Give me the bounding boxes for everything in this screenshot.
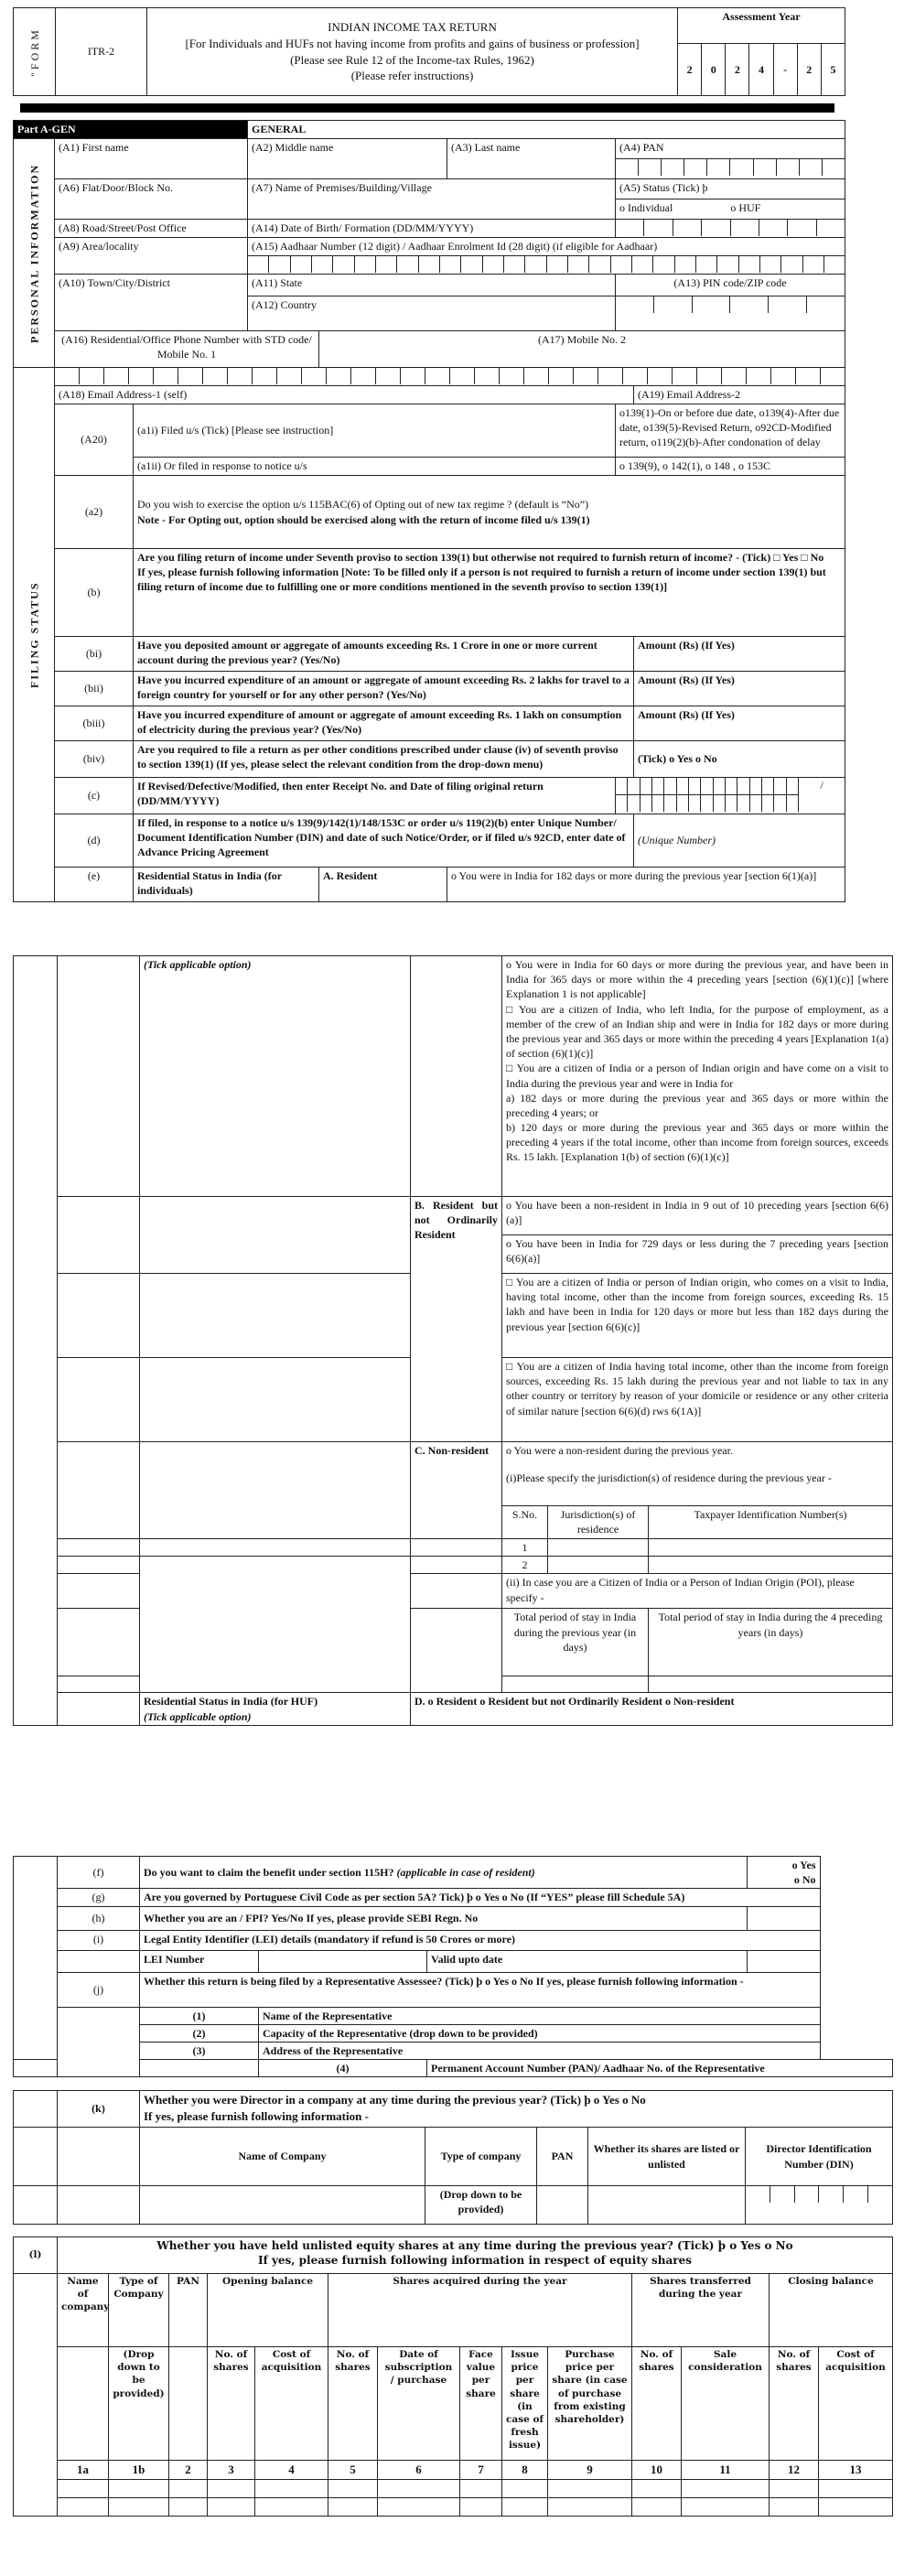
char-box[interactable] bbox=[55, 368, 80, 384]
e-label: (e) bbox=[55, 868, 134, 902]
char-box[interactable] bbox=[803, 256, 824, 273]
rnor-option-2[interactable]: o You have been in India for 729 days or… bbox=[502, 1235, 893, 1274]
biii-label: (biii) bbox=[55, 706, 134, 741]
f-no-radio[interactable]: o No bbox=[751, 1872, 815, 1887]
rep-item-1-no: (1) bbox=[140, 2007, 259, 2024]
state-label: (A11) State bbox=[252, 276, 302, 289]
char-box[interactable] bbox=[327, 368, 351, 384]
char-box[interactable] bbox=[774, 778, 786, 794]
char-box[interactable] bbox=[771, 368, 796, 384]
char-box[interactable] bbox=[737, 795, 749, 812]
char-box[interactable] bbox=[653, 256, 674, 273]
rep-item-4[interactable]: Permanent Account Number (PAN)/ Aadhaar … bbox=[427, 2060, 893, 2077]
bi-question: Have you deposited amount or aggregate o… bbox=[134, 637, 634, 672]
din-input[interactable] bbox=[746, 2186, 893, 2225]
char-box[interactable] bbox=[500, 368, 524, 384]
flat-door-field[interactable]: (A6) Flat/Door/Block No. bbox=[55, 179, 248, 220]
company-type-dropdown[interactable]: (Drop down to be provided) bbox=[425, 2186, 537, 2225]
l-input-cell[interactable] bbox=[502, 2479, 548, 2497]
char-box[interactable] bbox=[203, 368, 228, 384]
char-box[interactable] bbox=[652, 778, 664, 794]
notice-options[interactable]: o 139(9), o 142(1), o 148 , o 153C bbox=[616, 458, 845, 476]
l-input-cell[interactable] bbox=[819, 2497, 893, 2516]
premises-field[interactable]: (A7) Name of Premises/Building/Village bbox=[248, 179, 616, 220]
char-box[interactable] bbox=[291, 256, 312, 273]
middle-name-field[interactable]: (A2) Middle name bbox=[248, 139, 447, 179]
rnor-option-3[interactable]: □ You are a citizen of India or person o… bbox=[502, 1274, 893, 1358]
char-box[interactable] bbox=[796, 368, 821, 384]
char-box[interactable] bbox=[483, 256, 504, 273]
char-box[interactable] bbox=[253, 368, 277, 384]
char-box[interactable] bbox=[639, 159, 662, 176]
form-title: INDIAN INCOME TAX RETURN [For Individual… bbox=[147, 8, 678, 96]
char-box[interactable] bbox=[475, 368, 500, 384]
phone-boxes[interactable] bbox=[55, 368, 845, 386]
char-box[interactable] bbox=[397, 256, 418, 273]
char-box[interactable] bbox=[504, 256, 525, 273]
j-label: (j) bbox=[58, 1972, 140, 2007]
char-box[interactable] bbox=[774, 795, 786, 812]
l-sub-header: No. of shares bbox=[208, 2347, 255, 2461]
char-box[interactable] bbox=[616, 296, 654, 313]
char-box[interactable] bbox=[574, 368, 598, 384]
char-box[interactable] bbox=[754, 159, 777, 176]
rep-item-3[interactable]: Address of the Representative bbox=[259, 2042, 821, 2059]
status-huf-radio[interactable]: o HUF bbox=[730, 201, 760, 214]
dob-input[interactable] bbox=[616, 220, 845, 238]
resident-option-2[interactable]: o You were in India for 60 days or more … bbox=[506, 957, 888, 1002]
char-box[interactable] bbox=[228, 368, 253, 384]
char-box[interactable] bbox=[787, 795, 798, 812]
char-box[interactable] bbox=[616, 778, 628, 794]
biii-amount[interactable]: Amount (Rs) (If Yes) bbox=[634, 706, 845, 741]
last-name-field[interactable]: (A3) Last name bbox=[447, 139, 616, 179]
char-box[interactable] bbox=[640, 795, 652, 812]
char-box[interactable] bbox=[644, 220, 673, 236]
l-input-cell[interactable] bbox=[819, 2479, 893, 2497]
poi-text: (ii) In case you are a Citizen of India … bbox=[502, 1574, 893, 1609]
rnor-option-4[interactable]: □ You are a citizen of India having tota… bbox=[502, 1358, 893, 1442]
char-box[interactable] bbox=[277, 368, 302, 384]
l-input-cell[interactable] bbox=[328, 2479, 378, 2497]
c-question: If Revised/Defective/Modified, then ente… bbox=[134, 778, 616, 814]
email-2-label: (A19) Email Address-2 bbox=[638, 388, 740, 401]
k-question[interactable]: Whether you were Director in a company a… bbox=[140, 2091, 893, 2128]
char-box[interactable] bbox=[598, 368, 623, 384]
l-input-cell[interactable] bbox=[169, 2479, 208, 2497]
pin-code-input[interactable] bbox=[616, 296, 845, 331]
char-box[interactable] bbox=[675, 256, 696, 273]
char-box[interactable] bbox=[817, 220, 845, 236]
bi-amount[interactable]: Amount (Rs) (If Yes) bbox=[634, 637, 845, 672]
receipt-number-input[interactable]: / bbox=[616, 778, 845, 814]
char-box[interactable] bbox=[129, 368, 154, 384]
nr-row-2-jurisdiction[interactable] bbox=[548, 1557, 649, 1574]
resident-option-4[interactable]: □ You are a citizen of India or a person… bbox=[506, 1061, 888, 1090]
l-input-cell[interactable] bbox=[770, 2497, 819, 2516]
char-box[interactable] bbox=[589, 256, 610, 273]
char-box[interactable] bbox=[401, 368, 425, 384]
f-yes-radio[interactable]: o Yes bbox=[751, 1858, 815, 1872]
l-column-number: 7 bbox=[460, 2461, 502, 2480]
l-sub-header: (Drop down to be provided) bbox=[109, 2347, 169, 2461]
char-box[interactable] bbox=[623, 368, 648, 384]
char-box[interactable] bbox=[689, 778, 701, 794]
l-input-cell[interactable] bbox=[169, 2497, 208, 2516]
resident-options[interactable]: o You were in India for 60 days or more … bbox=[502, 956, 893, 1197]
pin-code-label: (A13) PIN code/ZIP code bbox=[616, 275, 845, 296]
l-input-cell[interactable] bbox=[208, 2479, 255, 2497]
l-column-number: 4 bbox=[255, 2461, 328, 2480]
l-sub-header: Cost of acquisition bbox=[819, 2347, 893, 2461]
char-box[interactable] bbox=[440, 256, 461, 273]
l-question[interactable]: Whether you have held unlisted equity sh… bbox=[58, 2237, 893, 2274]
char-box[interactable] bbox=[628, 795, 640, 812]
aadhaar-input[interactable] bbox=[248, 256, 845, 275]
l-input-cell[interactable] bbox=[58, 2479, 109, 2497]
char-box[interactable] bbox=[684, 159, 707, 176]
unique-number-input[interactable]: (Unique Number) bbox=[634, 814, 845, 868]
char-box[interactable] bbox=[248, 256, 269, 273]
form-code: ITR-2 bbox=[56, 8, 147, 96]
mobile-2-field[interactable]: (A17) Mobile No. 2 bbox=[319, 331, 845, 368]
biv-options[interactable]: (Tick) o Yes o No bbox=[634, 741, 845, 778]
char-box[interactable] bbox=[355, 256, 376, 273]
l-input-cell[interactable] bbox=[548, 2479, 632, 2497]
l-input-cell[interactable] bbox=[255, 2497, 328, 2516]
char-box[interactable] bbox=[759, 220, 788, 236]
l-input-cell[interactable] bbox=[109, 2479, 169, 2497]
l-col-company-name: Name of company bbox=[58, 2274, 109, 2347]
d-label: (d) bbox=[55, 814, 134, 868]
char-box[interactable] bbox=[376, 368, 401, 384]
char-box[interactable] bbox=[549, 368, 574, 384]
pan-input[interactable] bbox=[616, 159, 845, 179]
country-field[interactable]: (A12) Country bbox=[248, 296, 616, 331]
char-box[interactable] bbox=[568, 256, 589, 273]
l-sub-header: No. of shares bbox=[770, 2347, 819, 2461]
phone-field[interactable]: (A16) Residential/Office Phone Number wi… bbox=[55, 331, 319, 368]
road-street-field[interactable]: (A8) Road/Street/Post Office bbox=[55, 220, 248, 238]
char-box[interactable] bbox=[697, 368, 722, 384]
email-2-field[interactable]: (A19) Email Address-2 bbox=[634, 386, 845, 404]
assessment-year-label: Assessment Year bbox=[678, 8, 845, 44]
char-box[interactable] bbox=[787, 778, 798, 794]
char-box[interactable] bbox=[677, 778, 689, 794]
huf-status-options[interactable]: D. o Resident o Resident but not Ordinar… bbox=[411, 1693, 893, 1726]
l-input-cell[interactable] bbox=[460, 2479, 502, 2497]
l-input-cell[interactable] bbox=[58, 2497, 109, 2516]
area-locality-field[interactable]: (A9) Area/locality bbox=[55, 238, 248, 275]
char-box[interactable] bbox=[689, 795, 701, 812]
huf-status-label: Residential Status in India (for HUF)(Ti… bbox=[140, 1693, 411, 1726]
resident-option-4a: a) 182 days or more during the previous … bbox=[506, 1091, 888, 1120]
l-input-cell[interactable] bbox=[632, 2479, 682, 2497]
resident-option-1[interactable]: o You were in India for 182 days or more… bbox=[447, 868, 845, 902]
char-box[interactable] bbox=[730, 159, 753, 176]
form-label: "FORM bbox=[14, 8, 56, 96]
l-column-number: 1b bbox=[109, 2461, 169, 2480]
a2-question[interactable]: Do you wish to exercise the option u/s 1… bbox=[134, 476, 845, 549]
char-box[interactable] bbox=[760, 256, 781, 273]
rep-item-1[interactable]: Name of the Representative bbox=[259, 2007, 821, 2024]
char-box[interactable] bbox=[717, 256, 738, 273]
char-box[interactable] bbox=[648, 368, 673, 384]
bii-question: Have you incurred expenditure of an amou… bbox=[134, 672, 634, 706]
char-box[interactable] bbox=[730, 296, 769, 313]
char-box[interactable] bbox=[632, 256, 653, 273]
email-1-label: (A18) Email Address-1 (self) bbox=[59, 388, 187, 401]
char-box[interactable] bbox=[616, 795, 628, 812]
l-input-cell[interactable] bbox=[770, 2479, 819, 2497]
char-box[interactable] bbox=[524, 368, 549, 384]
a20-label: (A20) bbox=[55, 404, 134, 476]
stay-preceding-years-input[interactable] bbox=[649, 1676, 893, 1693]
rep-item-2-no: (2) bbox=[140, 2024, 259, 2042]
char-box[interactable] bbox=[178, 368, 203, 384]
char-box[interactable] bbox=[726, 795, 737, 812]
char-box[interactable] bbox=[777, 159, 800, 176]
resident-option-3[interactable]: □ You are a citizen of India, who left I… bbox=[506, 1002, 888, 1062]
h-question: Whether you are an / FPI? Yes/No If yes,… bbox=[140, 1906, 748, 1930]
f-options[interactable]: o Yeso No bbox=[748, 1857, 820, 1889]
char-box[interactable] bbox=[868, 2186, 892, 2203]
state-field[interactable]: (A11) State bbox=[248, 275, 616, 296]
char-box[interactable] bbox=[795, 2186, 820, 2203]
status-label: (A5) Status (Tick) þ bbox=[616, 179, 845, 199]
char-box[interactable] bbox=[525, 256, 546, 273]
first-name-label: (A1) First name bbox=[59, 141, 129, 154]
k-label: (k) bbox=[58, 2091, 140, 2128]
assessment-year-digit: 2 bbox=[726, 44, 749, 95]
char-box[interactable] bbox=[664, 795, 676, 812]
h-label: (h) bbox=[58, 1906, 140, 1930]
char-box[interactable] bbox=[731, 220, 759, 236]
char-box[interactable] bbox=[154, 368, 178, 384]
char-box[interactable] bbox=[652, 795, 664, 812]
l-input-cell[interactable] bbox=[460, 2497, 502, 2516]
lei-number-input[interactable] bbox=[259, 1950, 427, 1972]
char-box[interactable] bbox=[696, 256, 717, 273]
l-col-company-type: Type of Company bbox=[109, 2274, 169, 2347]
char-box[interactable] bbox=[747, 368, 771, 384]
status-individual-radio[interactable]: o Individual bbox=[619, 201, 673, 214]
char-box[interactable] bbox=[746, 2186, 770, 2203]
tin-header: Taxpayer Identification Number(s) bbox=[649, 1506, 893, 1539]
nr-row-2: 2 bbox=[502, 1557, 548, 1574]
assessment-year-digit: 4 bbox=[749, 44, 773, 95]
tick-applicable-option: (Tick applicable option) bbox=[140, 956, 411, 1197]
opt-out-question: Do you wish to exercise the option u/s 1… bbox=[137, 497, 841, 512]
email-1-field[interactable]: (A18) Email Address-1 (self) bbox=[55, 386, 634, 404]
char-box[interactable] bbox=[628, 778, 640, 794]
section-title: GENERAL bbox=[248, 121, 845, 139]
filed-us-label: (a1i) Filed u/s (Tick) [Please see instr… bbox=[134, 404, 616, 458]
char-box[interactable] bbox=[762, 778, 774, 794]
char-box[interactable] bbox=[714, 778, 726, 794]
l-input-cell[interactable] bbox=[682, 2479, 770, 2497]
char-box[interactable] bbox=[824, 256, 845, 273]
first-name-field[interactable]: (A1) First name bbox=[55, 139, 248, 179]
f-question: Do you want to claim the benefit under s… bbox=[140, 1857, 748, 1889]
char-box[interactable] bbox=[737, 778, 749, 794]
last-name-label: (A3) Last name bbox=[451, 141, 520, 154]
char-box[interactable] bbox=[616, 159, 639, 176]
phone-label: (A16) Residential/Office Phone Number wi… bbox=[61, 333, 312, 361]
char-box[interactable] bbox=[722, 368, 747, 384]
nr-option[interactable]: o You were a non-resident during the pre… bbox=[502, 1442, 893, 1506]
char-box[interactable] bbox=[673, 368, 697, 384]
l-col-shares-acquired: Shares acquired during the year bbox=[328, 2274, 632, 2347]
rnor-option-1[interactable]: o You have been a non-resident in India … bbox=[502, 1197, 893, 1235]
j-question[interactable]: Whether this return is being filed by a … bbox=[140, 1972, 821, 2007]
l-input-cell[interactable] bbox=[255, 2479, 328, 2497]
char-box[interactable] bbox=[701, 778, 713, 794]
nr-row-1-tin[interactable] bbox=[649, 1539, 893, 1557]
unlisted-shares-table: (l) Whether you have held unlisted equit… bbox=[13, 2236, 893, 2517]
title-line-1: INDIAN INCOME TAX RETURN bbox=[151, 19, 673, 36]
director-table: (k) Whether you were Director in a compa… bbox=[13, 2090, 893, 2225]
char-box[interactable] bbox=[640, 778, 652, 794]
i-question: Legal Entity Identifier (LEI) details (m… bbox=[140, 1930, 821, 1950]
part-label: Part A-GEN bbox=[14, 121, 248, 139]
char-box[interactable] bbox=[376, 256, 397, 273]
notice-label: (a1ii) Or filed in response to notice u/… bbox=[134, 458, 616, 476]
char-box[interactable] bbox=[425, 368, 450, 384]
l-input-cell[interactable] bbox=[548, 2497, 632, 2516]
mobile-2-label: (A17) Mobile No. 2 bbox=[538, 333, 626, 346]
valid-upto-input[interactable] bbox=[748, 1950, 820, 1972]
area-locality-label: (A9) Area/locality bbox=[59, 240, 139, 253]
country-label: (A12) Country bbox=[252, 298, 317, 311]
char-box[interactable] bbox=[333, 256, 354, 273]
char-box[interactable] bbox=[673, 220, 702, 236]
part-a-general: Part A-GEN GENERAL PERSONAL INFORMATION … bbox=[13, 120, 845, 902]
assessment-year-digit: 2 bbox=[798, 44, 822, 95]
char-box[interactable] bbox=[693, 296, 731, 313]
char-box[interactable] bbox=[702, 220, 730, 236]
seventh-proviso-question[interactable]: Are you filing return of income under Se… bbox=[134, 549, 845, 637]
char-box[interactable] bbox=[450, 368, 475, 384]
char-box[interactable] bbox=[788, 220, 816, 236]
char-box[interactable] bbox=[807, 296, 845, 313]
char-box[interactable] bbox=[707, 159, 730, 176]
char-box[interactable] bbox=[677, 795, 689, 812]
char-box[interactable] bbox=[769, 296, 807, 313]
char-box[interactable] bbox=[701, 795, 713, 812]
l-input-cell[interactable] bbox=[632, 2497, 682, 2516]
l-column-number: 9 bbox=[548, 2461, 632, 2480]
biv-label: (biv) bbox=[55, 741, 134, 778]
assessment-year-digit: 5 bbox=[822, 44, 845, 95]
g-question[interactable]: Are you governed by Portuguese Civil Cod… bbox=[140, 1889, 821, 1906]
char-box[interactable] bbox=[726, 778, 737, 794]
bii-amount[interactable]: Amount (Rs) (If Yes) bbox=[634, 672, 845, 706]
char-box[interactable] bbox=[819, 2186, 844, 2203]
char-box[interactable] bbox=[419, 256, 440, 273]
company-pan-input[interactable] bbox=[537, 2186, 588, 2225]
l-column-number: 10 bbox=[632, 2461, 682, 2480]
valid-upto-label: Valid upto date bbox=[427, 1950, 748, 1972]
jurisdiction-header: Jurisdiction(s) of residence bbox=[548, 1506, 649, 1539]
company-pan-header: PAN bbox=[537, 2128, 588, 2186]
l-input-cell[interactable] bbox=[208, 2497, 255, 2516]
filed-us-options[interactable]: o139(1)-On or before due date, o139(4)-A… bbox=[616, 404, 845, 458]
char-box[interactable] bbox=[770, 2186, 795, 2203]
rep-item-2[interactable]: Capacity of the Representative (drop dow… bbox=[259, 2024, 821, 2042]
char-box[interactable] bbox=[821, 368, 845, 384]
listed-input[interactable] bbox=[588, 2186, 746, 2225]
sno-header: S.No. bbox=[502, 1506, 548, 1539]
company-name-input[interactable] bbox=[140, 2186, 425, 2225]
char-box[interactable] bbox=[312, 256, 333, 273]
status-options: o Individual o HUF bbox=[616, 199, 845, 220]
l-sub-header: No. of shares bbox=[328, 2347, 378, 2461]
seventh-proviso-note: If yes, please furnish following informa… bbox=[137, 565, 841, 594]
nr-row-1-jurisdiction[interactable] bbox=[548, 1539, 649, 1557]
date-slash: / bbox=[798, 778, 845, 812]
sebi-regn-input[interactable] bbox=[748, 1906, 820, 1930]
l-column-number: 2 bbox=[169, 2461, 208, 2480]
questions-f-to-k: (f) Do you want to claim the benefit und… bbox=[13, 1856, 893, 2077]
assessment-year-digit: 2 bbox=[678, 44, 702, 95]
char-box[interactable] bbox=[664, 778, 676, 794]
l-input-cell[interactable] bbox=[109, 2497, 169, 2516]
nr-option-text[interactable]: o You were a non-resident during the pre… bbox=[506, 1443, 888, 1458]
b-label: (b) bbox=[55, 549, 134, 637]
char-box[interactable] bbox=[461, 256, 482, 273]
stay-preceding-years-header: Total period of stay in India during the… bbox=[649, 1609, 893, 1676]
l-input-cell[interactable] bbox=[328, 2497, 378, 2516]
l-col-opening-balance: Opening balance bbox=[208, 2274, 328, 2347]
rep-item-4-no: (4) bbox=[259, 2060, 427, 2077]
char-box[interactable] bbox=[616, 220, 644, 236]
char-box[interactable] bbox=[844, 2186, 868, 2203]
char-box[interactable] bbox=[750, 778, 762, 794]
char-box[interactable] bbox=[654, 296, 693, 313]
l-sub-header: Issue price per share (in case of fresh … bbox=[502, 2347, 548, 2461]
char-box[interactable] bbox=[269, 256, 290, 273]
char-box[interactable] bbox=[750, 795, 762, 812]
nr-row-2-tin[interactable] bbox=[649, 1557, 893, 1574]
char-box[interactable] bbox=[823, 159, 845, 176]
char-box[interactable] bbox=[781, 256, 802, 273]
l-input-cell[interactable] bbox=[378, 2479, 460, 2497]
town-city-field[interactable]: (A10) Town/City/District bbox=[55, 275, 248, 331]
rnor-label: B. Resident but not Ordinarily Resident bbox=[411, 1197, 502, 1442]
char-box[interactable] bbox=[547, 256, 568, 273]
l-input-cell[interactable] bbox=[502, 2497, 548, 2516]
i-label: (i) bbox=[58, 1930, 140, 1950]
stay-previous-year-input[interactable] bbox=[502, 1676, 649, 1693]
char-box[interactable] bbox=[762, 795, 774, 812]
l-sub-header bbox=[169, 2347, 208, 2461]
c-label: (c) bbox=[55, 778, 134, 814]
l-input-cell[interactable] bbox=[682, 2497, 770, 2516]
char-box[interactable] bbox=[611, 256, 632, 273]
char-box[interactable] bbox=[714, 795, 726, 812]
char-box[interactable] bbox=[351, 368, 376, 384]
l-sub-header: Face value per share bbox=[460, 2347, 502, 2461]
char-box[interactable] bbox=[104, 368, 129, 384]
char-box[interactable] bbox=[739, 256, 760, 273]
bii-label: (bii) bbox=[55, 672, 134, 706]
char-box[interactable] bbox=[800, 159, 823, 176]
l-input-cell[interactable] bbox=[378, 2497, 460, 2516]
char-box[interactable] bbox=[80, 368, 104, 384]
char-box[interactable] bbox=[302, 368, 327, 384]
char-box[interactable] bbox=[662, 159, 684, 176]
